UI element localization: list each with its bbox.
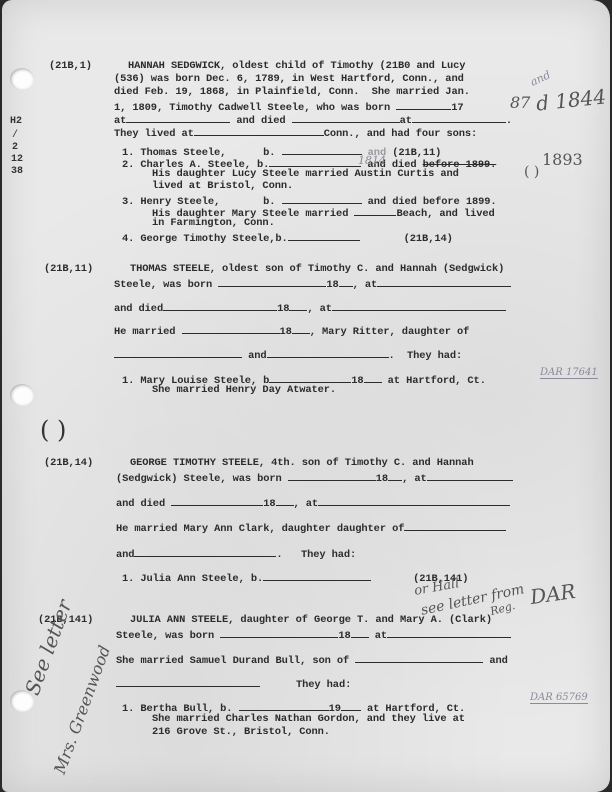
text-line: lived at Bristol, Conn. <box>152 180 293 193</box>
margin-note-h2: H2 <box>10 116 22 127</box>
son-4: 4. George Timothy Steele,b.(21B,14) <box>122 230 453 246</box>
text-line: (Sedgwick) Steele, was born 18, at <box>116 470 513 486</box>
text-line: and. They had: <box>114 347 462 363</box>
text-line: They lived atConn., and had four sons: <box>114 125 477 141</box>
text-line: GEORGE TIMOTHY STEELE, 4th. son of Timot… <box>130 457 474 470</box>
text-line: HANNAH SEDGWICK, oldest child of Timothy… <box>128 60 465 73</box>
handwritten-1893: 1893 <box>542 150 583 169</box>
text-line: (536) was born Dec. 6, 1789, in West Har… <box>114 73 464 86</box>
handwritten-see-letter-side: See letter <box>20 597 77 699</box>
margin-note-slash: / <box>12 130 18 141</box>
handwritten-parens: ( ) <box>40 416 66 444</box>
text-line: 216 Grove St., Bristol, Conn. <box>152 726 330 739</box>
punch-hole <box>10 384 34 406</box>
handwritten-born-year: 87 <box>510 93 530 112</box>
text-line: Steele, was born 18 at <box>116 627 511 643</box>
text-line: He married 18, Mary Ritter, daughter of <box>114 323 469 339</box>
handwritten-1814: 1814 <box>358 154 386 167</box>
text-line: in Farmington, Conn. <box>152 217 275 230</box>
text-line: THOMAS STEELE, oldest son of Timothy C. … <box>130 263 504 276</box>
document-page: H2 / 2 12 38 (21B,1) HANNAH SEDGWICK, ol… <box>2 0 610 792</box>
text-line: She married Samuel Durand Bull, son of a… <box>116 652 508 668</box>
handwritten-dar-number: DAR 65769 <box>530 692 588 704</box>
text-line: She married Charles Nathan Gordon, and t… <box>152 713 465 726</box>
text-line: died Feb. 19, 1868, in Plainfield, Conn.… <box>114 86 470 99</box>
section-ref: (21B,14) <box>44 457 93 470</box>
margin-note-38: 38 <box>11 166 23 177</box>
handwritten-parens: ( ) <box>524 164 539 180</box>
handwritten-dar: DAR <box>529 579 577 609</box>
text-line: and died18, at <box>114 300 506 316</box>
margin-note-2: 2 <box>12 142 18 153</box>
handwritten-and: and <box>528 68 552 89</box>
section-ref: (21B,11) <box>44 263 93 276</box>
text-line: She married Henry Day Atwater. <box>152 384 336 397</box>
handwritten-dar-number: DAR 17641 <box>540 367 598 379</box>
handwritten-death: d 1844 <box>535 84 607 115</box>
text-line: They had: <box>116 676 351 692</box>
text-line: His daughter Lucy Steele married Austin … <box>152 168 459 181</box>
text-line: Steele, was born 18, at <box>114 276 511 292</box>
text-line: and. They had: <box>116 546 356 562</box>
section-ref: (21B,1) <box>49 60 92 73</box>
text-line: and died 18, at <box>116 495 510 511</box>
handwritten-mrs-greenwood: Mrs. Greenwood <box>50 643 114 777</box>
text-line: JULIA ANN STEELE, daughter of George T. … <box>130 614 492 627</box>
punch-hole <box>10 68 34 90</box>
text-line: He married Mary Ann Clark, daughter daug… <box>116 520 506 536</box>
margin-note-12: 12 <box>11 154 23 165</box>
